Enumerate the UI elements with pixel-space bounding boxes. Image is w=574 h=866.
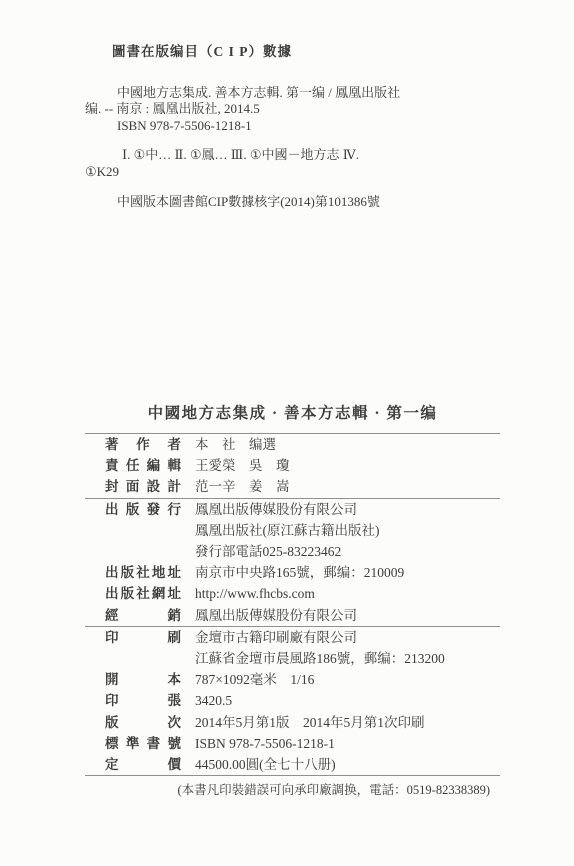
table-row: 封面設計范一辛 姜 嵩 xyxy=(85,476,500,497)
table-row: 經銷鳳凰出版傳媒股份有限公司 xyxy=(85,605,500,626)
table-row: 定價44500.00圓(全七十八册) xyxy=(85,754,500,775)
row-value: 787×1092毫米 1/16 xyxy=(195,669,314,690)
row-label: 版次 xyxy=(105,712,181,733)
row-value: 范一辛 姜 嵩 xyxy=(195,476,290,497)
cip-heading: 圖書在版编目（C I P）數據 xyxy=(112,44,515,61)
row-value: 本 社 编選 xyxy=(195,434,276,455)
row-label: 開本 xyxy=(105,669,181,690)
table-row: 印張3420.5 xyxy=(85,690,500,711)
table-row: 標準書號ISBN 978-7-5506-1218-1 xyxy=(85,733,500,754)
colophon-block: 中國地方志集成 · 善本方志輯 · 第一编 著作者本 社 编選責任編輯王愛榮 吳… xyxy=(85,401,500,798)
row-value: 南京市中央路165號，郵编：210009 xyxy=(195,562,404,583)
cip-body: 中國地方志集成. 善本方志輯. 第一编 / 鳳凰出版社 编. -- 南京 : 鳳… xyxy=(85,85,515,135)
row-value: 王愛榮 吳 瓊 xyxy=(195,455,290,476)
table-row: 開本787×1092毫米 1/16 xyxy=(85,669,500,690)
cip-class-line: ①K29 xyxy=(85,164,515,181)
row-value: 44500.00圓(全七十八册) xyxy=(195,754,336,775)
table-row: 出版社網址http://www.fhcbs.com xyxy=(85,583,500,604)
cip-block: 圖書在版编目（C I P）數據 中國地方志集成. 善本方志輯. 第一编 / 鳳凰… xyxy=(85,44,515,211)
scanned-copyright-page: 圖書在版编目（C I P）數據 中國地方志集成. 善本方志輯. 第一编 / 鳳凰… xyxy=(0,0,574,866)
table-row: 印刷金壇市古籍印刷廠有限公司江蘇省金壇市晨風路186號，郵编：213200 xyxy=(85,627,500,669)
row-label: 封面設計 xyxy=(105,476,181,497)
row-value: 3420.5 xyxy=(195,690,232,711)
row-label: 經銷 xyxy=(105,605,181,626)
cip-body-line: 编. -- 南京 : 鳳凰出版社, 2014.5 xyxy=(85,101,515,118)
section-divider xyxy=(85,775,500,776)
table-row: 出版社地址南京市中央路165號，郵编：210009 xyxy=(85,562,500,583)
cip-class-line: Ⅰ. ①中… Ⅱ. ①鳳… Ⅲ. ①中國－地方志 Ⅳ. xyxy=(85,147,515,164)
colophon-table: 著作者本 社 编選責任編輯王愛榮 吳 瓊封面設計范一辛 姜 嵩出版發行鳳凰出版傳… xyxy=(85,432,500,777)
row-value: 鳳凰出版傳媒股份有限公司 xyxy=(195,605,357,626)
row-value: ISBN 978-7-5506-1218-1 xyxy=(195,733,335,754)
table-row: 著作者本 社 编選 xyxy=(85,434,500,455)
row-label: 定價 xyxy=(105,754,181,775)
row-value: 鳳凰出版傳媒股份有限公司鳳凰出版社(原江蘇古籍出版社)發行部電話025-8322… xyxy=(195,499,380,563)
row-label: 責任編輯 xyxy=(105,455,181,476)
row-value: 2014年5月第1版 2014年5月第1次印刷 xyxy=(195,712,425,733)
cip-classification: Ⅰ. ①中… Ⅱ. ①鳳… Ⅲ. ①中國－地方志 Ⅳ. ①K29 xyxy=(85,147,515,180)
row-label: 標準書號 xyxy=(105,733,181,754)
cip-isbn-line: ISBN 978-7-5506-1218-1 xyxy=(85,118,515,135)
row-label: 印刷 xyxy=(105,627,181,648)
row-label: 著作者 xyxy=(105,434,181,455)
row-value: 金壇市古籍印刷廠有限公司江蘇省金壇市晨風路186號，郵编：213200 xyxy=(195,627,445,669)
row-value: http://www.fhcbs.com xyxy=(195,583,315,604)
cip-body-line: 中國地方志集成. 善本方志輯. 第一编 / 鳳凰出版社 xyxy=(85,85,515,102)
table-row: 版次2014年5月第1版 2014年5月第1次印刷 xyxy=(85,712,500,733)
row-label: 出版發行 xyxy=(105,499,181,520)
row-label: 印張 xyxy=(105,690,181,711)
book-title: 中國地方志集成 · 善本方志輯 · 第一编 xyxy=(85,401,500,423)
misprint-exchange-note: (本書凡印裝錯誤可向承印廠調换，電話：0519-82338389) xyxy=(85,782,500,798)
row-label: 出版社地址 xyxy=(105,562,181,583)
row-label: 出版社網址 xyxy=(105,583,181,604)
table-row: 出版發行鳳凰出版傳媒股份有限公司鳳凰出版社(原江蘇古籍出版社)發行部電話025-… xyxy=(85,499,500,563)
table-row: 責任編輯王愛榮 吳 瓊 xyxy=(85,455,500,476)
cip-record-number: 中國版本圖書館CIP數據核字(2014)第101386號 xyxy=(117,194,515,211)
